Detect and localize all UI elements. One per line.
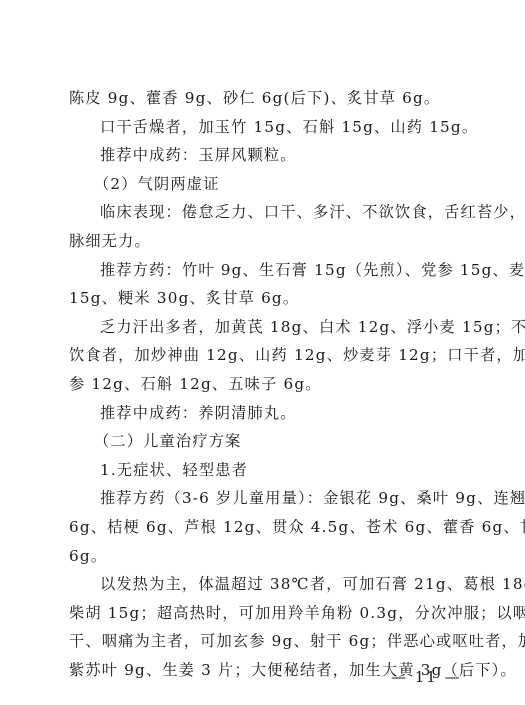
text-line: 参 12g、石斛 12g、五味子 6g。	[69, 370, 461, 399]
text-line: 陈皮 9g、藿香 9g、砂仁 6g(后下)、炙甘草 6g。	[69, 84, 461, 113]
text-line: 干、咽痛为主者，可加玄参 9g、射干 6g；伴恶心或呕吐者，加	[69, 627, 461, 656]
text-line: 临床表现：倦怠乏力、口干、多汗、不欲饮食，舌红苔少，	[69, 198, 461, 227]
text-line: 饮食者，加炒神曲 12g、山药 12g、炒麦芽 12g；口干者，加玄	[69, 341, 461, 370]
subsection-heading: 1.无症状、轻型患者	[69, 456, 461, 485]
document-body: 陈皮 9g、藿香 9g、砂仁 6g(后下)、炙甘草 6g。 口干舌燥者，加玉竹 …	[69, 84, 461, 684]
text-line: 推荐方药（3-6 岁儿童用量）：金银花 9g、桑叶 9g、连翘	[69, 484, 461, 513]
section-heading: （二）儿童治疗方案	[69, 427, 461, 456]
text-line: 柴胡 15g；超高热时，可加用羚羊角粉 0.3g，分次冲服；以咽	[69, 599, 461, 628]
text-line: 6g、桔梗 6g、芦根 12g、贯众 4.5g、苍术 6g、藿香 6g、甘草	[69, 513, 461, 542]
text-line: 以发热为主，体温超过 38℃者，可加石膏 21g、葛根 18g、	[69, 570, 461, 599]
text-line: 口干舌燥者，加玉竹 15g、石斛 15g、山药 15g。	[69, 113, 461, 142]
section-heading: （2）气阴两虚证	[69, 170, 461, 199]
document-page: 陈皮 9g、藿香 9g、砂仁 6g(后下)、炙甘草 6g。 口干舌燥者，加玉竹 …	[0, 0, 525, 705]
text-line: 推荐中成药：养阴清肺丸。	[69, 399, 461, 428]
text-line: 脉细无力。	[69, 227, 461, 256]
text-line: 乏力汗出多者，加黄芪 18g、白术 12g、浮小麦 15g；不欲	[69, 313, 461, 342]
text-line: 推荐方药：竹叶 9g、生石膏 15g（先煎）、党参 15g、麦冬	[69, 256, 461, 285]
text-line: 推荐中成药：玉屏风颗粒。	[69, 141, 461, 170]
page-number: — 11 —	[391, 668, 462, 686]
text-line: 6g。	[69, 542, 461, 571]
text-line: 15g、粳米 30g、炙甘草 6g。	[69, 284, 461, 313]
